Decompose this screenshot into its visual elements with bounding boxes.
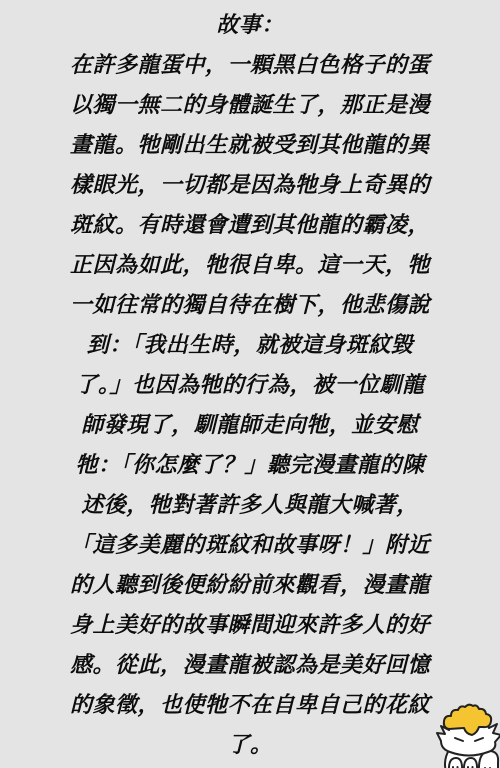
story-line: 斑紋。有時還會遭到其他龍的霸凌，: [0, 206, 500, 246]
story-line: 畫龍。牠剛出生就被受到其他龍的異: [0, 126, 500, 166]
mascot-paw-right: [464, 758, 477, 768]
story-line: 師發現了，馴龍師走向牠，並安慰: [0, 406, 500, 446]
story-line: 了。: [0, 726, 500, 766]
story-line: 的人聽到後便紛紛前來觀看，漫畫龍: [0, 566, 500, 606]
story-title: 故事：: [0, 6, 500, 46]
story-line: 了。」也因為牠的行為，被一位馴龍: [0, 366, 500, 406]
story-line: 述後，牠對著許多人與龍大喊著，: [0, 486, 500, 526]
mascot-paw-left: [449, 758, 462, 768]
story-line: 樣眼光，一切都是因為牠身上奇異的: [0, 166, 500, 206]
dragon-mascot-logo: [436, 702, 500, 768]
story-line: 的象徵，也使牠不在自卑自己的花紋: [0, 686, 500, 726]
story-line: 「這多美麗的斑紋和故事呀！」附近: [0, 526, 500, 566]
story-line: 在許多龍蛋中，一顆黑白色格子的蛋: [0, 46, 500, 86]
story-line: 牠：「你怎麼了？」聽完漫畫龍的陳: [0, 446, 500, 486]
story-line: 身上美好的故事瞬間迎來許多人的好: [0, 606, 500, 646]
story-line: 正因為如此，牠很自卑。這一天，牠: [0, 246, 500, 286]
story-line: 到：「我出生時，就被這身斑紋毀: [0, 326, 500, 366]
story-page: 故事： 在許多龍蛋中，一顆黑白色格子的蛋 以獨一無二的身體誕生了，那正是漫 畫龍…: [0, 6, 500, 766]
story-line: 以獨一無二的身體誕生了，那正是漫: [0, 86, 500, 126]
story-line: 感。從此，漫畫龍被認為是美好回憶: [0, 646, 500, 686]
story-line: 一如往常的獨自待在樹下，他悲傷說: [0, 286, 500, 326]
